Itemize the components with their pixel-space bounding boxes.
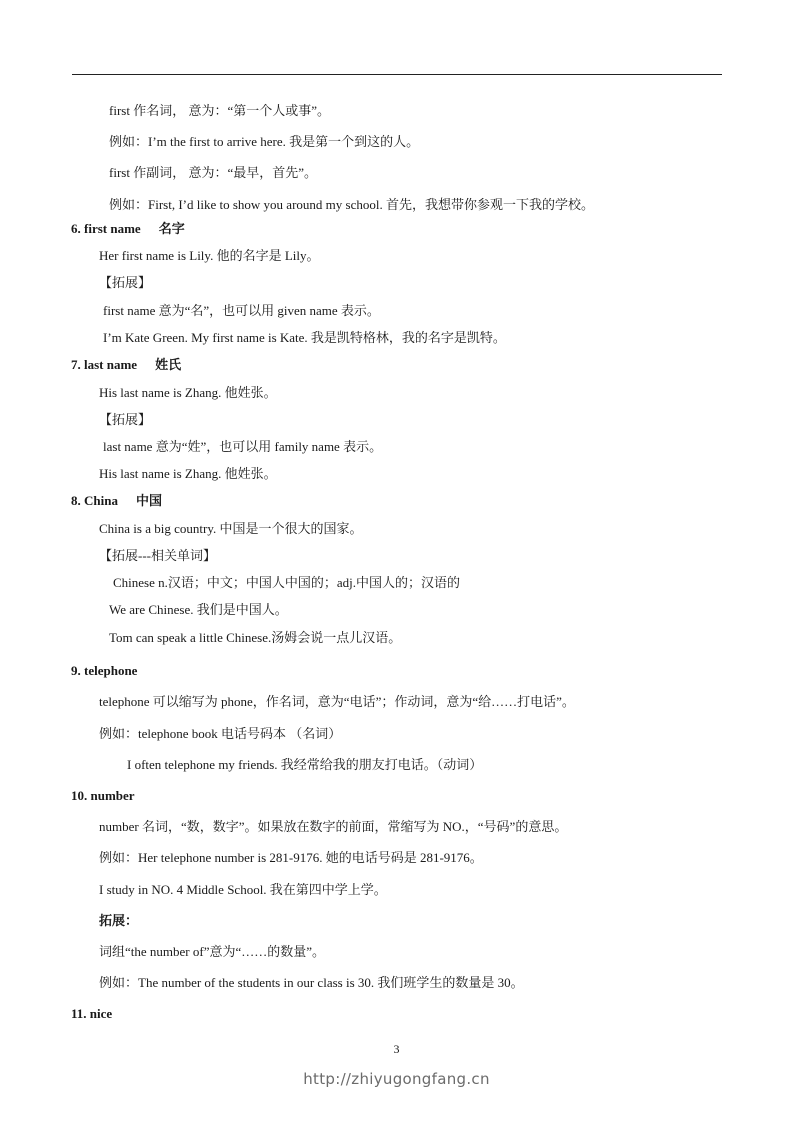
heading-translation: 中国 xyxy=(136,493,162,508)
header-rule xyxy=(72,74,722,75)
text-line: number 名词，“数，数字”。如果放在数字的前面，常缩写为 NO.，“号码”… xyxy=(99,819,567,835)
line-text: Chinese n.汉语；中文；中国人中国的；adj.中国人的；汉语的 xyxy=(113,575,460,590)
text-line: 例如：telephone book 电话号码本 （名词） xyxy=(99,726,341,742)
heading-term: 7. last name xyxy=(71,357,137,372)
heading-term: 8. China xyxy=(71,493,118,508)
text-line: Her first name is Lily. 他的名字是 Lily。 xyxy=(99,248,320,264)
line-text: first 作副词， 意为：“最早，首先”。 xyxy=(109,165,317,180)
line-text: 【拓展】 xyxy=(99,412,151,427)
text-line: 例如：The number of the students in our cla… xyxy=(99,975,524,991)
footer-url[interactable]: http://zhiyugongfang.cn xyxy=(0,1070,793,1088)
line-text: I often telephone my friends. 我经常给我的朋友打电… xyxy=(127,757,482,772)
line-text: 例如：I’m the first to arrive here. 我是第一个到这… xyxy=(109,134,419,149)
line-text: I’m Kate Green. My first name is Kate. 我… xyxy=(103,330,506,345)
line-text: Tom can speak a little Chinese.汤姆会说一点儿汉语… xyxy=(109,630,401,645)
heading-term: 11. nice xyxy=(71,1006,112,1021)
text-line: Tom can speak a little Chinese.汤姆会说一点儿汉语… xyxy=(109,630,401,646)
heading-term: 9. telephone xyxy=(71,663,137,678)
line-text: number 名词，“数，数字”。如果放在数字的前面，常缩写为 NO.，“号码”… xyxy=(99,819,567,834)
section-heading: 11. nice xyxy=(71,1006,112,1022)
text-line: 词组“the number of”意为“……的数量”。 xyxy=(99,944,325,960)
line-text: 例如：First, I’d like to show you around my… xyxy=(109,197,594,212)
line-text: 例如：telephone book 电话号码本 （名词） xyxy=(99,726,341,741)
heading-translation: 姓氏 xyxy=(155,357,181,372)
section-heading: 6. first name名字 xyxy=(71,221,185,237)
text-line: We are Chinese. 我们是中国人。 xyxy=(109,602,288,618)
section-heading: 8. China中国 xyxy=(71,493,162,509)
line-text: 词组“the number of”意为“……的数量”。 xyxy=(99,944,325,959)
text-line: first name 意为“名”，也可以用 given name 表示。 xyxy=(103,303,380,319)
section-heading: 10. number xyxy=(71,788,135,804)
heading-term: 10. number xyxy=(71,788,135,803)
line-text: I study in NO. 4 Middle School. 我在第四中学上学… xyxy=(99,882,387,897)
text-line: first 作副词， 意为：“最早，首先”。 xyxy=(109,165,317,181)
text-line: telephone 可以缩写为 phone，作名词，意为“电话”；作动词，意为“… xyxy=(99,694,575,710)
text-line: 【拓展】 xyxy=(99,412,151,428)
line-text: first name 意为“名”，也可以用 given name 表示。 xyxy=(103,303,380,318)
text-line: His last name is Zhang. 他姓张。 xyxy=(99,385,277,401)
heading-term: 6. first name xyxy=(71,221,141,236)
section-heading: 9. telephone xyxy=(71,663,137,679)
page-number: 3 xyxy=(0,1042,793,1057)
line-text: Her first name is Lily. 他的名字是 Lily。 xyxy=(99,248,320,263)
line-text: last name 意为“姓”，也可以用 family name 表示。 xyxy=(103,439,382,454)
text-line: I’m Kate Green. My first name is Kate. 我… xyxy=(103,330,506,346)
line-text: 例如：The number of the students in our cla… xyxy=(99,975,524,990)
heading-translation: 名字 xyxy=(159,221,185,236)
line-text: China is a big country. 中国是一个很大的国家。 xyxy=(99,521,362,536)
text-line: I study in NO. 4 Middle School. 我在第四中学上学… xyxy=(99,882,387,898)
text-line: 例如：Her telephone number is 281-9176. 她的电… xyxy=(99,850,483,866)
text-line: 例如：I’m the first to arrive here. 我是第一个到这… xyxy=(109,134,419,150)
text-line: 【拓展】 xyxy=(99,275,151,291)
text-line: 例如：First, I’d like to show you around my… xyxy=(109,197,594,213)
text-line: Chinese n.汉语；中文；中国人中国的；adj.中国人的；汉语的 xyxy=(113,575,460,591)
section-heading: 7. last name姓氏 xyxy=(71,357,181,373)
text-line: China is a big country. 中国是一个很大的国家。 xyxy=(99,521,362,537)
line-text: His last name is Zhang. 他姓张。 xyxy=(99,385,277,400)
line-text: 拓展： xyxy=(99,913,138,928)
text-line: last name 意为“姓”，也可以用 family name 表示。 xyxy=(103,439,382,455)
text-line: 【拓展---相关单词】 xyxy=(99,548,216,564)
line-text: telephone 可以缩写为 phone，作名词，意为“电话”；作动词，意为“… xyxy=(99,694,575,709)
line-text: first 作名词， 意为：“第一个人或事”。 xyxy=(109,103,330,118)
line-text: His last name is Zhang. 他姓张。 xyxy=(99,466,277,481)
text-line: 拓展： xyxy=(99,913,138,929)
text-line: first 作名词， 意为：“第一个人或事”。 xyxy=(109,103,330,119)
line-text: 【拓展】 xyxy=(99,275,151,290)
text-line: I often telephone my friends. 我经常给我的朋友打电… xyxy=(127,757,482,773)
line-text: 例如：Her telephone number is 281-9176. 她的电… xyxy=(99,850,483,865)
line-text: We are Chinese. 我们是中国人。 xyxy=(109,602,288,617)
line-text: 【拓展---相关单词】 xyxy=(99,548,216,563)
text-line: His last name is Zhang. 他姓张。 xyxy=(99,466,277,482)
